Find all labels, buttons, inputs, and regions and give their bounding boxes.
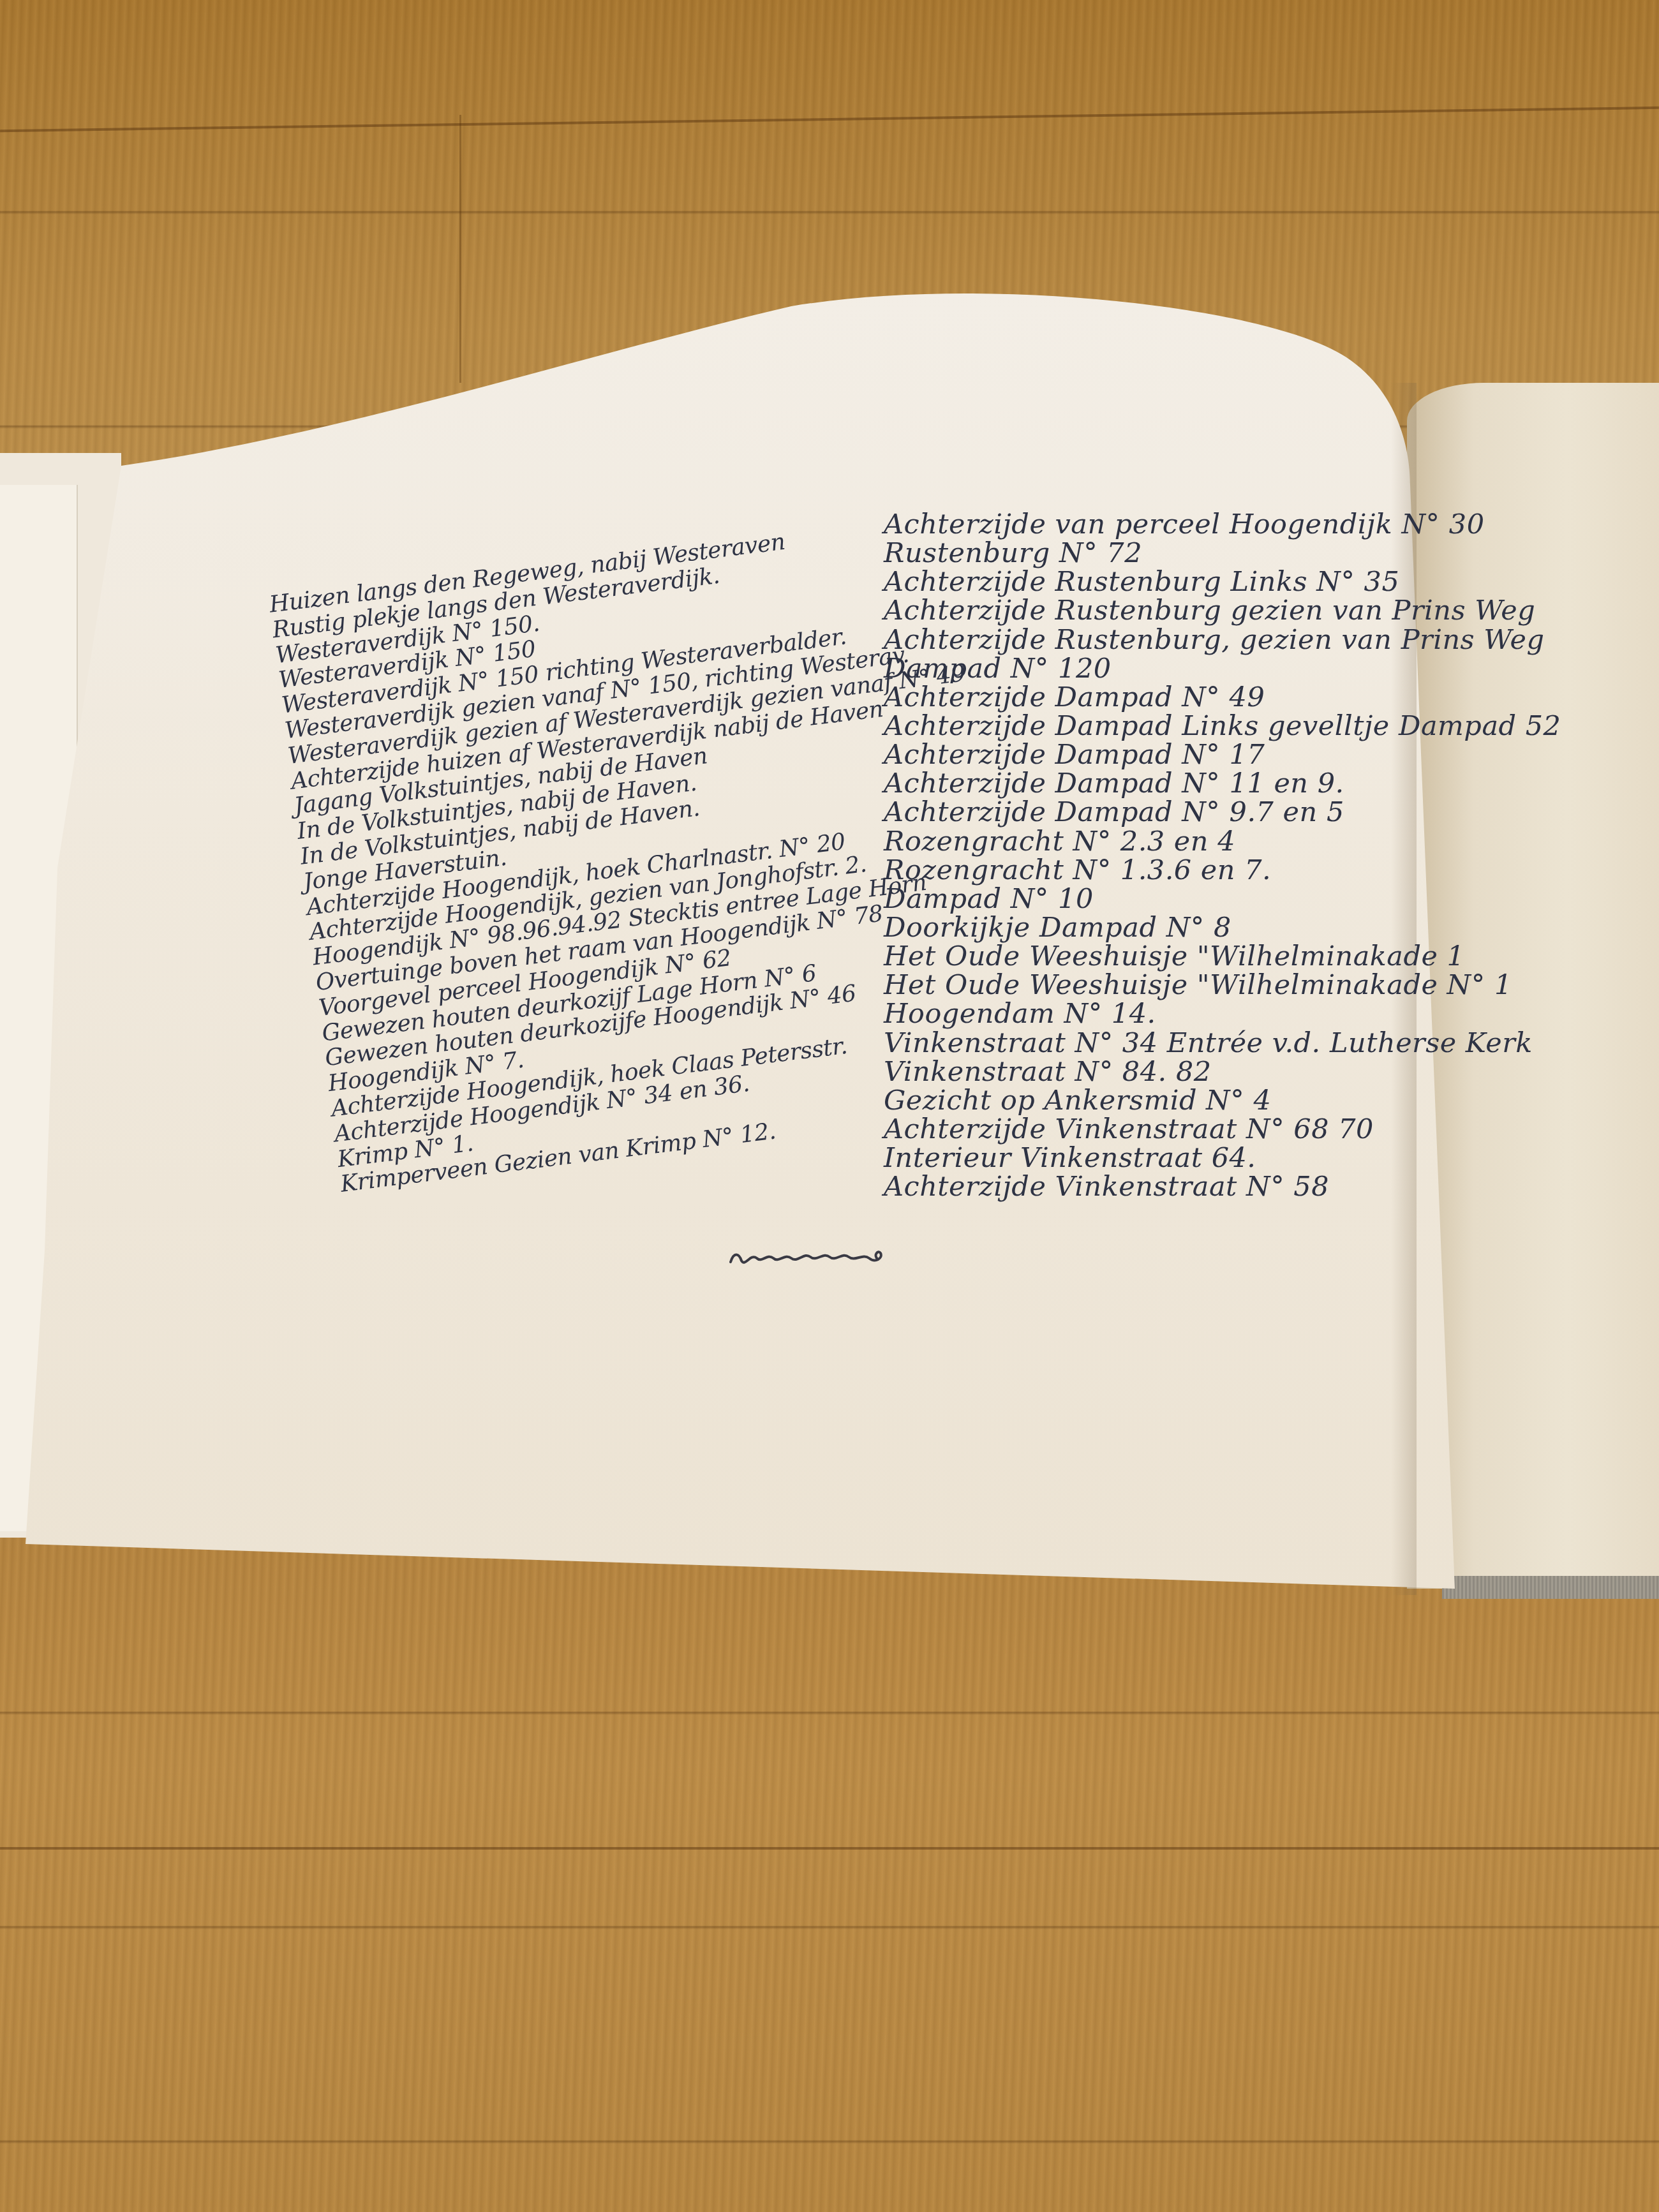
index-line: Doorkijkje Dampad N° 8 <box>884 914 1561 942</box>
index-line: Het Oude Weeshuisje "Wilhelminakade N° 1 <box>884 971 1561 1000</box>
wavy-flourish-icon <box>727 1244 887 1270</box>
right-index-column: Achterzijde van perceel Hoogendijk N° 30… <box>884 510 1561 1201</box>
index-line: Achterzijde Dampad N° 9.7 en 5 <box>884 798 1561 827</box>
index-line: Dampad N° 10 <box>884 885 1561 914</box>
index-line: Achterzijde Vinkenstraat N° 58 <box>884 1173 1561 1201</box>
index-line: Het Oude Weeshuisje "Wilhelminakade 1 <box>884 942 1561 971</box>
index-line: Vinkenstraat N° 84. 82 <box>884 1058 1561 1087</box>
table-board-seam <box>0 1847 1659 1850</box>
index-line: Hoogendam N° 14. <box>884 1000 1561 1028</box>
index-line: Rozengracht N° 1.3.6 en 7. <box>884 856 1561 885</box>
index-line: Achterzijde Dampad Links gevelltje Dampa… <box>884 712 1561 741</box>
index-line: Achterzijde Dampad N° 49 <box>884 683 1561 712</box>
index-line: Achterzijde van perceel Hoogendijk N° 30 <box>884 510 1561 539</box>
index-line: Interieur Vinkenstraat 64. <box>884 1144 1561 1173</box>
index-line: Achterzijde Dampad N° 11 en 9. <box>884 769 1561 798</box>
index-line: Achterzijde Rustenburg, gezien van Prins… <box>884 626 1561 655</box>
index-line: Achterzijde Rustenburg gezien van Prins … <box>884 597 1561 625</box>
index-line: Achterzijde Vinkenstraat N° 68 70 <box>884 1115 1561 1144</box>
index-line: Achterzijde Rustenburg Links N° 35 <box>884 568 1561 597</box>
index-line: Rozengracht N° 2.3 en 4 <box>884 828 1561 856</box>
index-line: Vinkenstraat N° 34 Entrée v.d. Lutherse … <box>884 1029 1561 1058</box>
index-line: Achterzijde Dampad N° 17 <box>884 741 1561 769</box>
book-cover-cloth <box>1442 1576 1659 1599</box>
index-line: Gezicht op Ankersmid N° 4 <box>884 1087 1561 1115</box>
table-board-joint <box>459 115 461 383</box>
index-line: Dampad N° 120 <box>884 655 1561 683</box>
index-line: Rustenburg N° 72 <box>884 539 1561 568</box>
